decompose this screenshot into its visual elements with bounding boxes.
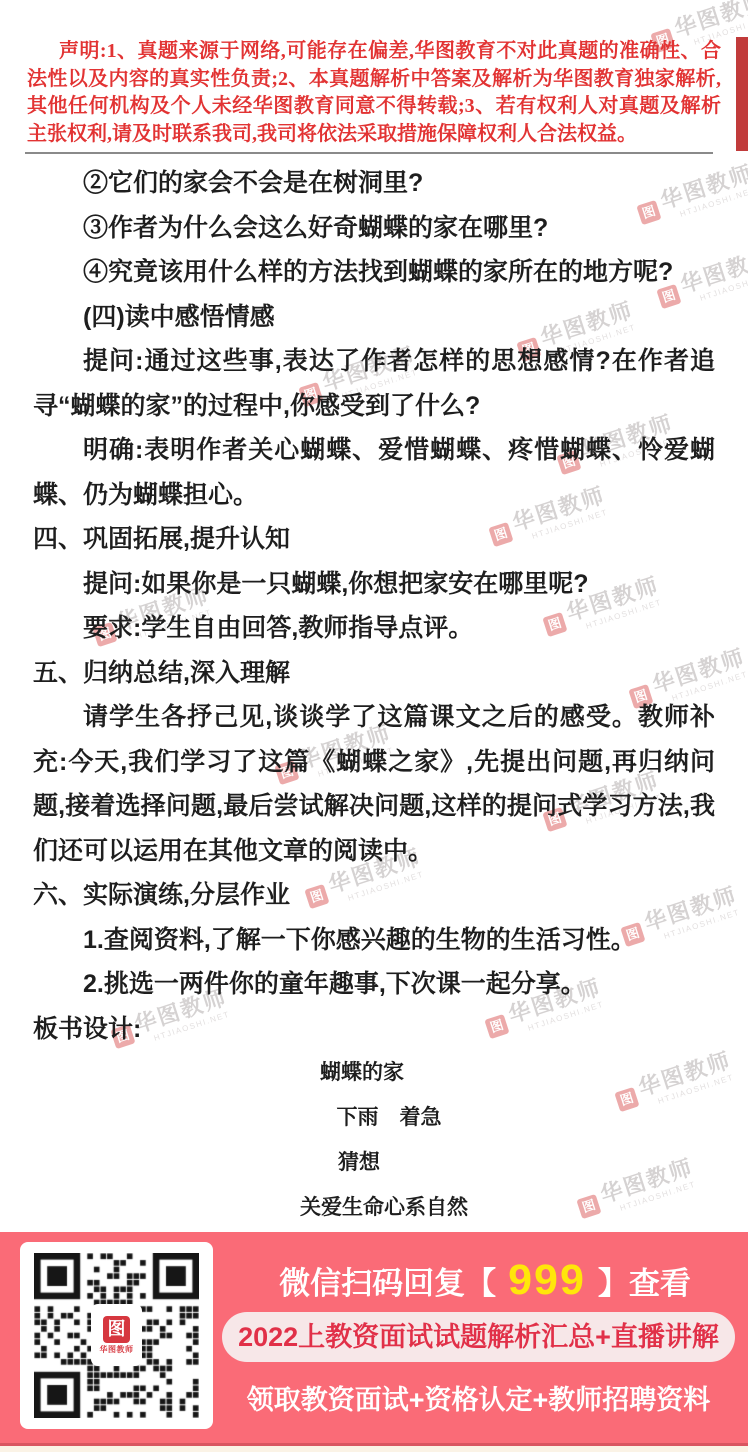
board-line: 下雨 着急 <box>15 1095 748 1140</box>
qr-logo-label: 华图教师 <box>100 1345 134 1354</box>
reply-code: 999 <box>508 1256 586 1305</box>
board-line: 关爱生命心系自然 <box>10 1185 748 1230</box>
section-heading: 四、巩固拓展,提升认知 <box>33 517 715 562</box>
paragraph: 请学生各抒己见,谈谈学了这篇课文之后的感受。教师补充:今天,我们学习了这篇《蝴蝶… <box>33 695 715 873</box>
paragraph: 明确:表明作者关心蝴蝶、爱惜蝴蝶、疼惜蝴蝶、怜爱蝴蝶、仍为蝴蝶担心。 <box>33 428 715 517</box>
paragraph: 要求:学生自由回答,教师指导点评。 <box>33 606 715 651</box>
bottom-strip <box>0 1446 748 1452</box>
qr-code: 图 华图教师 <box>20 1242 213 1429</box>
promo-footer-text: 领取教资面试+资格认定+教师招聘资料 <box>222 1378 735 1417</box>
paragraph: (四)读中感悟情感 <box>33 295 715 340</box>
disclaimer-body: 1、真题来源于网络,可能存在偏差,华图教育不对此真题的准确性、合法性以及内容的真… <box>27 40 721 145</box>
promo-pill: 2022上教资面试试题解析汇总+直播讲解 <box>222 1312 735 1362</box>
section-heading: 六、实际演练,分层作业 <box>33 873 715 918</box>
disclaimer-label: 声明: <box>59 40 107 62</box>
paragraph: 1.查阅资料,了解一下你感兴趣的生物的生活习性。 <box>33 918 715 963</box>
section-heading: 五、归纳总结,深入理解 <box>33 651 715 696</box>
paragraph: ②它们的家会不会是在树洞里? <box>33 161 715 206</box>
paragraph: 提问:通过这些事,表达了作者怎样的思想感情?在作者追寻“蝴蝶的家”的过程中,你感… <box>33 339 715 428</box>
red-edge-marker <box>736 37 748 151</box>
board-line: 蝴蝶的家 <box>0 1050 736 1095</box>
huatu-logo-icon: 图 <box>103 1316 130 1343</box>
scan-prefix: 微信扫码回复【 <box>279 1258 496 1303</box>
separator-line <box>25 152 713 154</box>
paragraph: 2.挑选一两件你的童年趣事,下次课一起分享。 <box>33 962 715 1007</box>
board-line: 猜想 <box>0 1140 733 1185</box>
paragraph: ④究竟该用什么样的方法找到蝴蝶的家所在的地方呢? <box>33 250 715 295</box>
section-heading: 板书设计: <box>33 1007 715 1052</box>
scan-suffix: 】查看 <box>598 1258 691 1303</box>
qr-center-logo: 图 华图教师 <box>91 1304 142 1366</box>
lesson-content: ②它们的家会不会是在树洞里?③作者为什么会这么好奇蝴蝶的家在哪里?④究竟该用什么… <box>33 161 715 1051</box>
promo-banner[interactable]: 图 华图教师 微信扫码回复【 999 】查看 2022上教资面试试题解析汇总+直… <box>0 1232 748 1443</box>
board-design: 蝴蝶的家下雨 着急猜想关爱生命心系自然 <box>0 1050 748 1230</box>
paragraph: 提问:如果你是一只蝴蝶,你想把家安在哪里呢? <box>33 562 715 607</box>
paragraph: ③作者为什么会这么好奇蝴蝶的家在哪里? <box>33 206 715 251</box>
disclaimer-text: 声明:1、真题来源于网络,可能存在偏差,华图教育不对此真题的准确性、合法性以及内… <box>27 38 721 148</box>
wechat-instruction: 微信扫码回复【 999 】查看 <box>230 1256 740 1305</box>
